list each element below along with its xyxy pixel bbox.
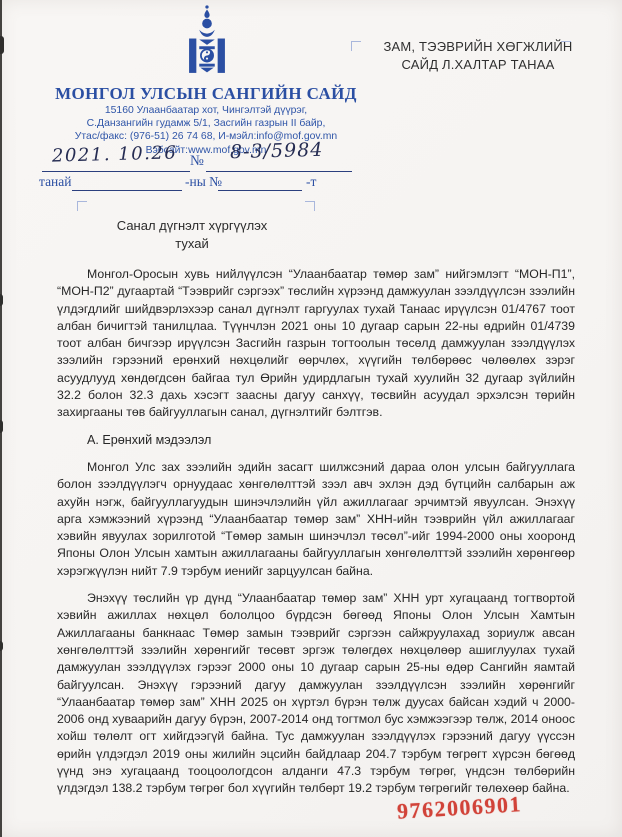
recipient-line: САЙД Л.ХАЛТАР ТАНАА <box>340 56 616 74</box>
scan-edge-artifact <box>0 641 3 651</box>
subject-line: тухай <box>70 235 314 253</box>
subject-line: Санал дүгнэлт хүргүүлэх <box>70 217 314 235</box>
your-ref-underline <box>218 190 302 191</box>
your-ref-suffix: -т <box>306 174 316 190</box>
your-ref-middle: -ны № <box>185 174 222 190</box>
number-sign-label: № <box>190 153 204 170</box>
section-a-heading: А. Ерөнхий мэдээлэл <box>57 432 575 449</box>
address-line: Утас/факс: (976-51) 26 74 68, И-мэйл:inf… <box>38 130 374 143</box>
scan-edge-artifact <box>0 420 3 433</box>
scan-edge-artifact <box>0 294 3 306</box>
your-ref-prefix: танай <box>39 174 72 190</box>
handwritten-number: 8-3/5984 <box>230 139 324 163</box>
body-paragraph-intro: Монгол-Оросын хувь нийлүүлсэн “Улаанбаат… <box>57 266 575 422</box>
scan-edge-artifact <box>0 36 4 54</box>
date-underline <box>42 171 190 172</box>
soyombo-emblem-icon <box>176 5 238 73</box>
subject-title: Санал дүгнэлт хүргүүлэх тухай <box>70 217 314 252</box>
your-ref-underline <box>72 190 182 191</box>
recipient-line: ЗАМ, ТЭЭВРИЙН ХӨГЖЛИЙН <box>340 38 616 56</box>
recipient-block: ЗАМ, ТЭЭВРИЙН ХӨГЖЛИЙН САЙД Л.ХАЛТАР ТАН… <box>340 38 616 73</box>
body-paragraph-general-2: Энэхүү төслийн үр дүнд “Улаанбаатар төмө… <box>57 590 575 798</box>
address-line: 15160 Улаанбаатар хот, Чингэлтэй дүүрэг, <box>38 104 374 117</box>
scanned-letter-page: МОНГОЛ УЛСЫН САНГИЙН САЙД 15160 Улаанбаа… <box>0 0 622 837</box>
address-line: С.Данзангийн гудамж 5/1, Засгийн газрын … <box>38 117 374 130</box>
scan-edge-artifact <box>0 0 2 837</box>
handwritten-date: 2021. 10.26 <box>52 142 178 166</box>
number-underline <box>206 171 352 172</box>
crop-mark-icon <box>77 201 87 211</box>
body-paragraph-general-1: Монгол Улс зах зээлийн эдийн засагт шилж… <box>57 459 575 580</box>
ministry-name: МОНГОЛ УЛСЫН САНГИЙН САЙД <box>38 84 374 104</box>
crop-mark-icon <box>305 201 315 211</box>
letter-body: Монгол-Оросын хувь нийлүүлсэн “Улаанбаат… <box>57 266 575 798</box>
